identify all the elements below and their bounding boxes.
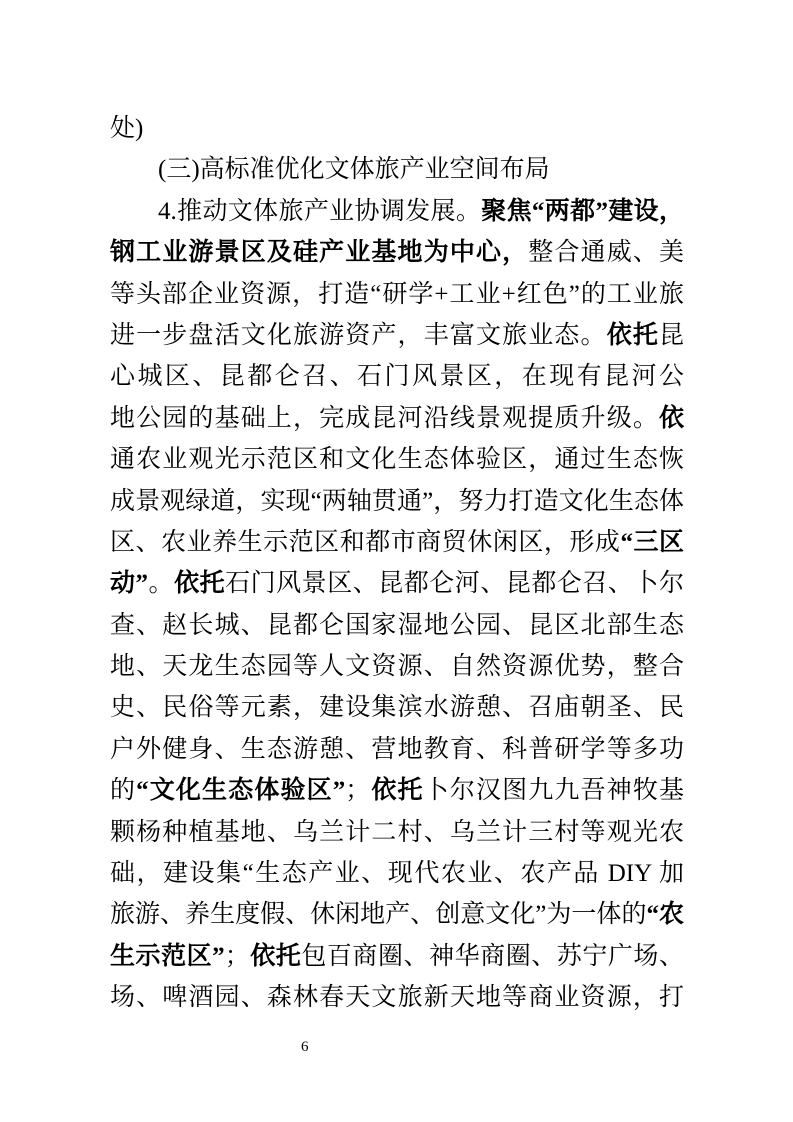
text-segment: 区、农业养生示范区和都市商贸休闲区，形成 <box>110 529 620 556</box>
text-line: 史、民俗等元素，建设集滨水游憩、召庙朝圣、民俗体验、 <box>110 687 684 728</box>
text-line: 通农业观光示范区和文化生态体验区，通过生态恢复工程形 <box>110 439 684 480</box>
text-segment: 旅游、养生度假、休闲地产、创意文化”为一体的 <box>110 901 646 928</box>
text-segment: 进一步盘活文化旅游资产，丰富文旅业态。 <box>110 322 607 349</box>
text-line: 心城区、昆都仑召、石门风景区，在现有昆河公园、昆河湿 <box>110 356 684 397</box>
text-segment: 查、赵长城、昆都仑国家湿地公园、昆区北部生态建设基 <box>110 612 684 646</box>
text-segment: 等头部企业资源，打造“研学+工业+红色”的工业旅游带， <box>110 281 684 315</box>
text-segment: 地、天龙生态园等人文资源、自然资源优势，整合人文、历 <box>110 653 684 687</box>
text-line: 户外健身、生态游憩、营地教育、科普研学等多功能于一体 <box>110 729 684 770</box>
text-segment: 地公园的基础上，完成昆河沿线景观提质升级。 <box>110 405 659 432</box>
bold-text-segment: 生示范区” <box>110 943 225 970</box>
text-line: 地公园的基础上，完成昆河沿线景观提质升级。依托 G110 联 <box>110 398 684 439</box>
text-segment: ； <box>345 777 370 804</box>
text-segment: 心城区、昆都仑召、石门风景区，在现有昆河公园、昆河湿 <box>110 363 684 397</box>
text-line: 查、赵长城、昆都仑国家湿地公园、昆区北部生态建设基 <box>110 605 684 646</box>
text-segment: 颗杨种植基地、乌兰计二村、乌兰计三村等观光农业发展基 <box>110 819 684 853</box>
text-segment: 户外健身、生态游憩、营地教育、科普研学等多功能于一体 <box>110 736 684 770</box>
bold-text-segment: 动” <box>110 570 148 597</box>
text-line: 区、农业养生示范区和都市商贸休闲区，形成“三区联 <box>110 522 684 563</box>
text-line: 动”。依托石门风景区、昆都仑河、昆都仑召、卜尔汉图嘎 <box>110 563 684 604</box>
text-segment: 处) <box>110 115 143 142</box>
bold-text-segment: “文化生态体验区” <box>136 777 345 804</box>
text-line: 生示范区”；依托包百商圈、神华商圈、苏宁广场、吾悦广 <box>110 936 684 977</box>
text-segment: 4.推动文体旅产业协调发展。 <box>158 198 481 225</box>
bold-text-segment: 依托 <box>174 570 225 597</box>
text-block: 处)(三)高标准优化文体旅产业空间布局4.推动文体旅产业协调发展。聚焦“两都”建… <box>110 108 684 1019</box>
text-segment: 通农业观光示范区和文化生态体验区，通过生态恢复工程形 <box>110 446 684 480</box>
text-line: (三)高标准优化文体旅产业空间布局 <box>110 149 684 190</box>
text-line: 等头部企业资源，打造“研学+工业+红色”的工业旅游带， <box>110 274 684 315</box>
bold-text-segment: 依托 <box>607 322 659 349</box>
text-segment: 的 <box>110 777 136 804</box>
bold-text-segment: 依托 <box>370 777 423 804</box>
text-line: 础，建设集“生态产业、现代农业、农产品 DIY 加工、乡村 <box>110 853 684 894</box>
text-segment: 。 <box>148 570 174 597</box>
text-line: 场、啤酒园、森林春天文旅新天地等商业资源，打造集城市 <box>110 977 684 1018</box>
text-line: 钢工业游景区及硅产业基地为中心，整合通威、美科、协鑫 <box>110 232 684 273</box>
text-line: 颗杨种植基地、乌兰计二村、乌兰计三村等观光农业发展基 <box>110 812 684 853</box>
bold-text-segment: 依托 <box>250 943 302 970</box>
text-line: 4.推动文体旅产业协调发展。聚焦“两都”建设，以包 <box>110 191 684 232</box>
text-line: 旅游、养生度假、休闲地产、创意文化”为一体的“农业养 <box>110 894 684 935</box>
page-number: 6 <box>301 1039 309 1055</box>
bold-text-segment: 钢工业游景区及硅产业基地为中心， <box>110 239 528 266</box>
text-line: 成景观绿道，实现“两轴贯通”，努力打造文化生态体验 <box>110 481 684 522</box>
text-segment: 础，建设集“生态产业、现代农业、农产品 DIY 加工、乡村 <box>110 860 684 894</box>
text-segment: (三)高标准优化文体旅产业空间布局 <box>158 156 550 183</box>
text-line: 的“文化生态体验区”；依托卜尔汉图九九吾神牧基地、三 <box>110 770 684 811</box>
text-segment: 场、啤酒园、森林春天文旅新天地等商业资源，打造集城市 <box>110 984 684 1018</box>
document-page: 处)(三)高标准优化文体旅产业空间布局4.推动文体旅产业协调发展。聚焦“两都”建… <box>0 0 793 1122</box>
text-line: 地、天龙生态园等人文资源、自然资源优势，整合人文、历 <box>110 646 684 687</box>
text-segment: 成景观绿道，实现“两轴贯通”，努力打造文化生态体验 <box>110 488 684 522</box>
text-segment: 史、民俗等元素，建设集滨水游憩、召庙朝圣、民俗体验、 <box>110 694 684 728</box>
text-line: 处) <box>110 108 684 149</box>
text-segment: ； <box>225 943 250 970</box>
text-line: 进一步盘活文化旅游资产，丰富文旅业态。依托昆河贯通中 <box>110 315 684 356</box>
